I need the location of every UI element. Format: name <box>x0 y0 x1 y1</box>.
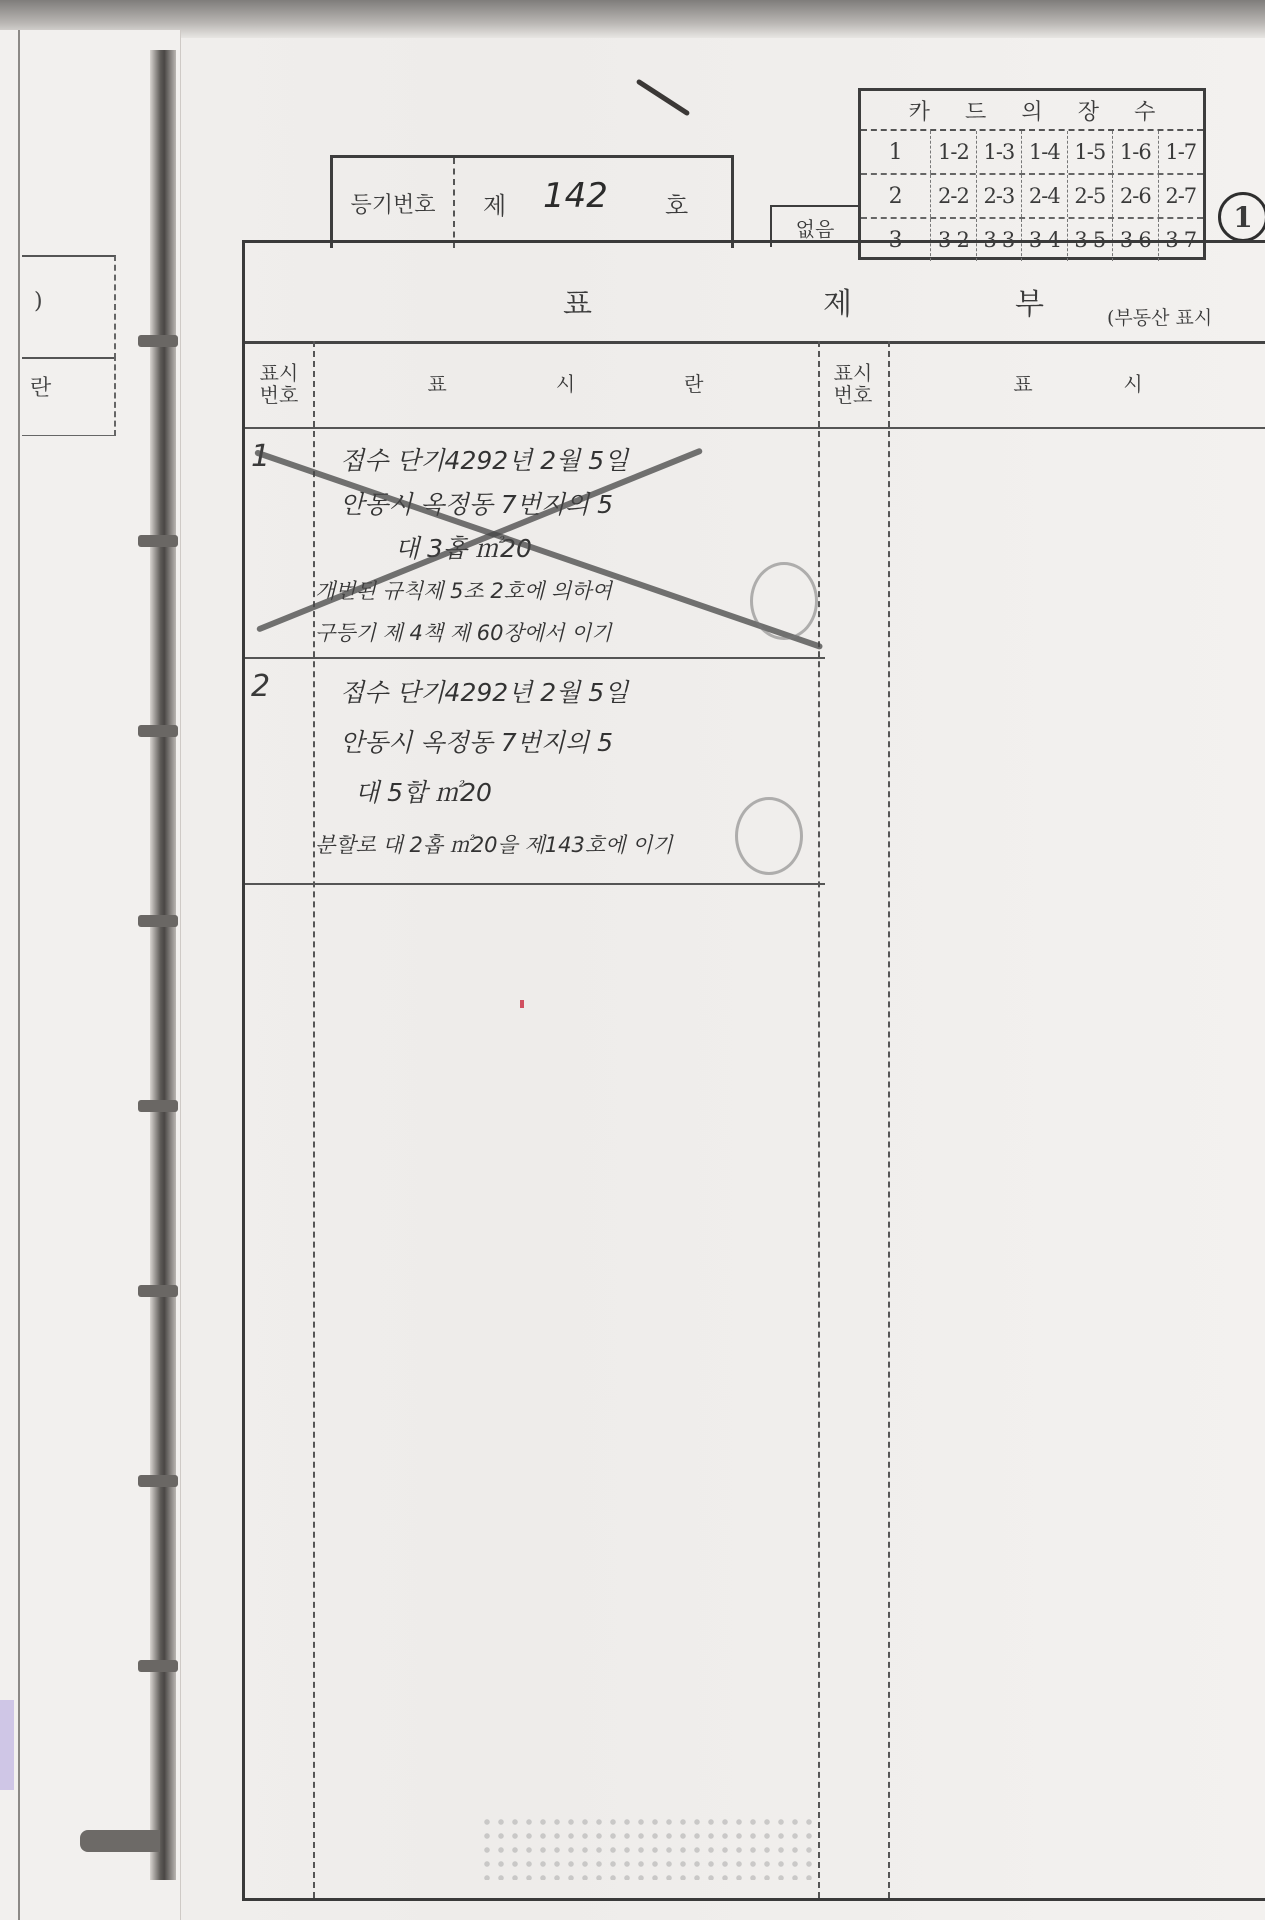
none-label: 없음 <box>796 213 835 242</box>
col-header-body-right: 표 시 <box>888 341 1265 427</box>
binder-ring <box>138 335 178 347</box>
col-header-number: 표시 번호 <box>245 341 313 427</box>
binder-ring <box>138 1285 178 1297</box>
card-cell: 1-7 <box>1158 131 1203 173</box>
scan-color-artifact <box>0 1700 14 1790</box>
form-title-row: 표 제 부 (부동산 표시 <box>245 243 1265 344</box>
card-cell: 2-2 <box>930 175 975 217</box>
card-cell: 2-3 <box>976 175 1021 217</box>
title-char: 부 <box>1015 279 1044 323</box>
entry-line: 접수 단기4292년 2월 5일 <box>340 673 628 709</box>
card-count-table: 카 드 의 장 수 1 1-2 1-3 1-4 1-5 1-6 1-7 2 2-… <box>858 88 1206 260</box>
header-char: 카 <box>909 95 930 126</box>
title-note: (부동산 표시 <box>1107 303 1212 330</box>
col-header-number-right: 표시 번호 <box>818 341 888 427</box>
seal-stamp <box>735 797 803 875</box>
column-header-row: 표시 번호 표 시 란 표시 번호 표 시 <box>245 341 1265 429</box>
card-cell: 1-5 <box>1067 131 1112 173</box>
header-char: 표 <box>1013 373 1032 395</box>
binder-ring <box>138 1100 178 1112</box>
header-char: 의 <box>1021 95 1042 126</box>
registration-label: 등기번호 <box>333 158 455 248</box>
title-char: 표 <box>563 279 592 323</box>
entry-line: 접수 단기4292년 2월 5일 <box>340 441 628 477</box>
header-char: 장 <box>1078 95 1099 126</box>
registration-prefix: 제 <box>483 186 506 221</box>
page-edge <box>18 30 20 1920</box>
card-cell: 1-3 <box>976 131 1021 173</box>
entry-line: 분할로 대 2홉 ㎡20을 제143호에 이기 <box>315 829 673 859</box>
card-cell: 2-4 <box>1021 175 1066 217</box>
red-ink-speck <box>520 1000 524 1008</box>
card-cell: 2-5 <box>1067 175 1112 217</box>
entry-line: 대 5합 ㎡20 <box>355 773 492 809</box>
row-index: 2 <box>861 175 930 217</box>
entry-number: 2 <box>251 669 311 704</box>
left-page-label: 란 <box>30 371 51 402</box>
left-page-box: ) <box>22 255 116 359</box>
card-marker: 1 <box>1233 201 1252 234</box>
title-section-form: 표 제 부 (부동산 표시 표시 번호 표 시 란 표시 번호 표 시 1 접수… <box>242 240 1265 1901</box>
col-header-body: 표 시 란 <box>313 341 818 427</box>
card-cell: 2-6 <box>1112 175 1157 217</box>
card-marker-circle: 1 <box>1218 192 1265 242</box>
entry-line: 구등기 제 4책 제 60장에서 이기 <box>315 617 612 647</box>
scan-top-shadow <box>0 0 1265 38</box>
card-count-row: 1 1-2 1-3 1-4 1-5 1-6 1-7 <box>861 131 1203 175</box>
binder-ring <box>138 1475 178 1487</box>
perforation-number <box>480 1815 820 1880</box>
registration-number-box: 등기번호 제 142 호 <box>330 155 734 248</box>
card-count-row: 2 2-2 2-3 2-4 2-5 2-6 2-7 <box>861 175 1203 219</box>
row-index: 1 <box>861 131 930 173</box>
header-char: 표 <box>428 373 447 395</box>
binder-spine <box>150 50 176 1880</box>
header-char: 시 <box>1123 373 1142 395</box>
binder-ring <box>138 535 178 547</box>
left-page-box-2: 란 <box>22 355 116 436</box>
left-page-paren: ) <box>34 289 43 314</box>
binder-ring <box>138 725 178 737</box>
seal-stamp <box>750 562 818 640</box>
card-cell: 2-7 <box>1158 175 1203 217</box>
header-char: 란 <box>684 373 703 395</box>
binder-ring <box>138 915 178 927</box>
title-char: 제 <box>823 279 852 323</box>
entry-line: 안동시 옥정동 7번지의 5 <box>340 723 613 759</box>
header-char: 드 <box>965 95 986 126</box>
entry-row: 1 접수 단기4292년 2월 5일 안동시 옥정동 7번지의 5 대 3홉 ㎡… <box>245 427 825 659</box>
card-count-header: 카 드 의 장 수 <box>861 91 1203 131</box>
entry-row: 2 접수 단기4292년 2월 5일 안동시 옥정동 7번지의 5 대 5합 ㎡… <box>245 657 825 885</box>
card-cell: 1-2 <box>930 131 975 173</box>
binder-ring <box>138 1660 178 1672</box>
card-cell: 1-4 <box>1021 131 1066 173</box>
header-char: 수 <box>1134 95 1155 126</box>
card-cell: 1-6 <box>1112 131 1157 173</box>
registration-suffix: 호 <box>665 186 688 221</box>
registration-number: 142 <box>543 176 608 216</box>
header-char: 시 <box>556 373 575 395</box>
column-divider <box>888 341 890 1898</box>
binder-clip <box>80 1830 160 1852</box>
